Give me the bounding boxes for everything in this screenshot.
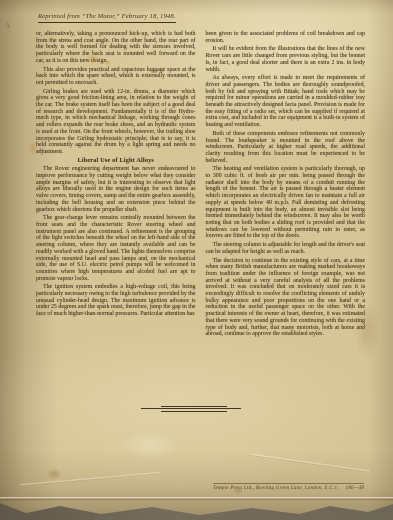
left-column: or, alternatively, taking a pronounced k… <box>36 31 196 340</box>
paragraph: or, alternatively, taking a pronounced k… <box>36 31 196 65</box>
paragraph: been given to the associated problems of… <box>206 31 366 44</box>
paragraph: It will be evident from the illustration… <box>206 46 366 73</box>
paper-stain <box>120 430 180 460</box>
paragraph: The steering column is adjustable for le… <box>206 242 366 255</box>
fold-crease <box>250 454 369 473</box>
pencil-mark: 4 <box>4 22 12 33</box>
paper-stain <box>46 468 62 480</box>
paragraph: The decision to continue in the existing… <box>206 258 366 338</box>
right-column: been given to the associated problems of… <box>206 31 366 340</box>
fold-crease <box>0 497 393 501</box>
paragraph: The Rover engineering department has nev… <box>36 166 196 213</box>
paragraph: As always, every effort is made to meet … <box>206 75 366 129</box>
paragraph: Girling brakes are used with 12-in. drum… <box>36 89 196 156</box>
paragraph: Both of these components embrace refinem… <box>206 131 366 165</box>
article-body: or, alternatively, taking a pronounced k… <box>36 31 365 340</box>
rule-line <box>161 406 227 407</box>
scanned-page-background: 4 Reprinted from “The Motor,” February 1… <box>0 0 393 520</box>
rule-line <box>161 411 227 412</box>
end-of-article-rule <box>141 404 241 413</box>
paragraph: The heating and ventilation system is pa… <box>206 166 366 240</box>
paragraph: The ignition system embodies a high-volt… <box>36 284 196 318</box>
fold-crease <box>20 472 160 486</box>
rule-line <box>141 408 241 409</box>
paper-sheet: 4 Reprinted from “The Motor,” February 1… <box>0 0 393 520</box>
printer-imprint: Temple Press Ltd., Bowling Green Lane, L… <box>213 483 364 491</box>
reprint-credit-header: Reprinted from “The Motor,” February 18,… <box>38 13 176 23</box>
section-heading: Liberal Use of Light Alloys <box>36 158 196 165</box>
paragraph: This also provides practical and capacio… <box>36 67 196 87</box>
paragraph: The gear-change lever remains centrally … <box>36 215 196 282</box>
